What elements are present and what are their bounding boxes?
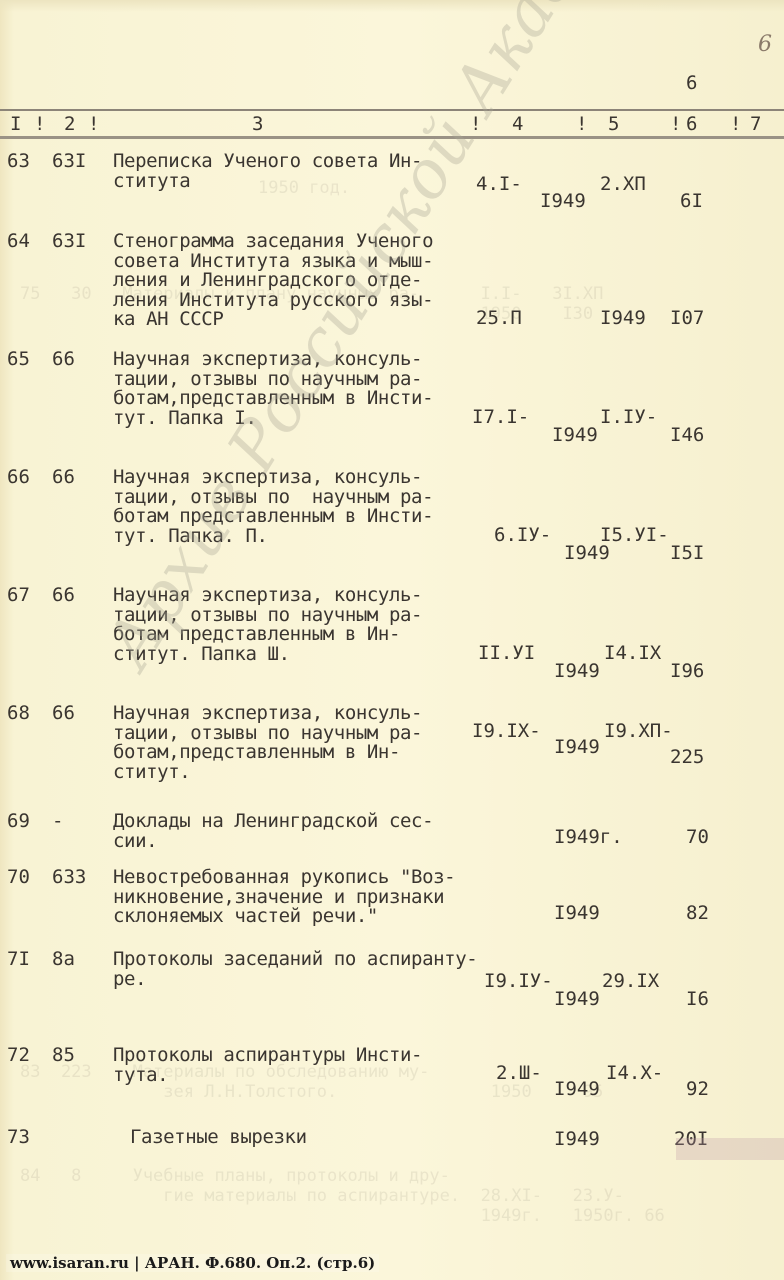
file-title: Научная экспертиза, консуль- тации, отзы… bbox=[113, 350, 433, 428]
column-separator: ! bbox=[730, 113, 741, 135]
row-number: 7I bbox=[7, 950, 30, 970]
column-separator: ! bbox=[576, 113, 587, 135]
row-number: 72 bbox=[7, 1046, 30, 1066]
date-start: I7.I- bbox=[472, 406, 529, 428]
date-end: I4.X- bbox=[606, 1062, 663, 1084]
sheet-count: I5I bbox=[670, 542, 704, 564]
reference-number: 85 bbox=[52, 1046, 75, 1066]
row-number: 65 bbox=[7, 350, 30, 370]
date-start: I9.IX- bbox=[472, 720, 541, 742]
sheet-count: 92 bbox=[686, 1078, 709, 1100]
date-end: 2.XП bbox=[600, 173, 646, 195]
column-header-4: 4 bbox=[512, 113, 523, 135]
reference-number: 63I bbox=[52, 232, 86, 252]
column-header-3: 3 bbox=[252, 113, 263, 135]
date-year: I949 bbox=[540, 190, 586, 212]
row-number: 70 bbox=[7, 868, 30, 888]
date-end: I5.УI- bbox=[600, 524, 669, 546]
file-title: Протоколы аспирантуры Инсти- тута. bbox=[113, 1046, 422, 1085]
reference-number: - bbox=[52, 812, 63, 832]
date-year: I949 bbox=[554, 1128, 600, 1150]
reference-number: 66 bbox=[52, 586, 75, 606]
row-number: 63 bbox=[7, 152, 30, 172]
date-year: I949 bbox=[554, 660, 600, 682]
date-end: I4.IX bbox=[604, 642, 661, 664]
date-year: I949г. bbox=[554, 826, 623, 848]
date-start: I9.IУ- bbox=[484, 970, 553, 992]
reference-number: 66 bbox=[52, 350, 75, 370]
date-start: 2.Ш- bbox=[496, 1062, 542, 1084]
file-title: Невостребованная рукопись "Воз- никновен… bbox=[113, 868, 455, 927]
file-title: Газетные вырезки bbox=[130, 1128, 307, 1148]
sheet-count: I6 bbox=[686, 988, 709, 1010]
page-edge bbox=[0, 0, 784, 12]
reference-number: 633 bbox=[52, 868, 86, 888]
file-title: Научная экспертиза, консуль- тации, отзы… bbox=[113, 468, 433, 546]
date-year: I949 bbox=[600, 307, 646, 329]
row-number: 66 bbox=[7, 468, 30, 488]
sheet-count: I46 bbox=[670, 424, 704, 446]
sheet-count: 225 bbox=[670, 746, 704, 768]
date-end: 29.IX bbox=[602, 970, 659, 992]
column-separator: ! bbox=[88, 113, 99, 135]
column-separator: ! bbox=[470, 113, 481, 135]
date-start: 6.IУ- bbox=[494, 524, 551, 546]
date-start: 25.П bbox=[476, 307, 522, 329]
reference-number: 63I bbox=[52, 152, 86, 172]
typed-page-number: 6 bbox=[686, 72, 697, 94]
date-start: II.УI bbox=[478, 642, 535, 664]
sheet-count: 6I bbox=[680, 190, 703, 212]
date-end: I9.XП- bbox=[604, 720, 673, 742]
header-rule-top bbox=[0, 109, 784, 111]
sheet-count: 82 bbox=[686, 902, 709, 924]
row-number: 67 bbox=[7, 586, 30, 606]
file-title: Протоколы заседаний по аспиранту- ре. bbox=[113, 950, 477, 989]
date-year: I949 bbox=[554, 988, 600, 1010]
row-number: 64 bbox=[7, 232, 30, 252]
sheet-count: I07 bbox=[670, 307, 704, 329]
reference-number: 66 bbox=[52, 704, 75, 724]
sheet-count: I96 bbox=[670, 660, 704, 682]
watermark: Архив Российской Академии наук bbox=[90, 0, 632, 681]
faded-stamp bbox=[676, 1138, 784, 1160]
source-footer: www.isaran.ru | АРАН. Ф.680. Оп.2. (стр.… bbox=[6, 1254, 379, 1272]
bleed-through-text: 84 8 Учебные планы, протоколы и дру- гие… bbox=[20, 1166, 665, 1226]
row-number: 73 bbox=[7, 1128, 30, 1148]
header-rule-bottom bbox=[0, 136, 784, 139]
column-header-6: 6 bbox=[686, 113, 697, 135]
sheet-count: 70 bbox=[686, 826, 709, 848]
column-separator: ! bbox=[34, 113, 45, 135]
date-start: 4.I- bbox=[476, 173, 522, 195]
column-header-5: 5 bbox=[608, 113, 619, 135]
file-title: Научная экспертиза, консуль- тации, отзы… bbox=[113, 586, 422, 664]
date-end: I.IУ- bbox=[600, 406, 657, 428]
date-year: I949 bbox=[554, 1078, 600, 1100]
row-number: 69 bbox=[7, 812, 30, 832]
file-title: Доклады на Ленинградской сес- сии. bbox=[113, 812, 433, 851]
handwritten-page-number: 6 bbox=[758, 32, 772, 57]
date-year: I949 bbox=[554, 736, 600, 758]
file-title: Стенограмма заседания Ученого совета Инс… bbox=[113, 232, 433, 330]
file-title: Научная экспертиза, консуль- тации, отзы… bbox=[113, 704, 422, 782]
column-header-7: 7 bbox=[750, 113, 761, 135]
row-number: 68 bbox=[7, 704, 30, 724]
file-title: Переписка Ученого совета Ин- ститута bbox=[113, 152, 422, 191]
column-header-2: 2 bbox=[64, 113, 75, 135]
date-year: I949 bbox=[552, 424, 598, 446]
column-separator: ! bbox=[670, 113, 681, 135]
date-year: I949 bbox=[554, 902, 600, 924]
reference-number: 66 bbox=[52, 468, 75, 488]
column-header-1: I bbox=[10, 113, 21, 135]
reference-number: 8а bbox=[52, 950, 75, 970]
